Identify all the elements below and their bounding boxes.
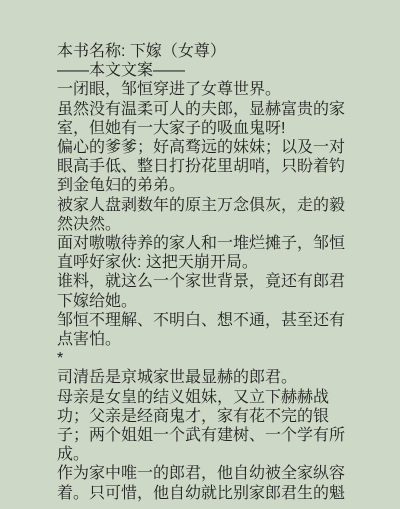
synopsis-paragraph: 被家人盘剥数年的原主万念俱灰，走的毅然决然。 xyxy=(57,196,348,234)
synopsis-text-block: 本书名称: 下嫁（女尊） ——本文文案—— 一闭眼，邹恒穿进了女尊世界。 虽然没… xyxy=(57,42,348,503)
book-title: 本书名称: 下嫁（女尊） xyxy=(57,42,348,61)
synopsis-paragraph: 邹恒不理解、不明白、想不通，甚至还有点害怕。 xyxy=(57,311,348,349)
synopsis-header: ——本文文案—— xyxy=(57,61,348,80)
synopsis-paragraph: 一闭眼，邹恒穿进了女尊世界。 xyxy=(57,80,348,99)
reading-page[interactable]: 本书名称: 下嫁（女尊） ——本文文案—— 一闭眼，邹恒穿进了女尊世界。 虽然没… xyxy=(0,0,400,509)
synopsis-paragraph: 虽然没有温柔可人的夫郎，显赫富贵的家室，但她有一大家子的吸血鬼呀! xyxy=(57,100,348,138)
section-divider-asterisk: * xyxy=(57,349,348,368)
synopsis-paragraph: 母亲是女皇的结义姐妹，又立下赫赫战功；父亲是经商鬼才，家有花不完的银子；两个姐姐… xyxy=(57,388,348,465)
synopsis-paragraph: 司清岳是京城家世最显赫的郎君。 xyxy=(57,368,348,387)
synopsis-paragraph: 谁料，就这么一个家世背景，竟还有郎君下嫁给她。 xyxy=(57,272,348,310)
synopsis-paragraph: 面对嗷嗷待养的家人和一堆烂摊子，邹恒直呼好家伙: 这把天崩开局。 xyxy=(57,234,348,272)
synopsis-paragraph: 偏心的爹爹；好高骛远的妹妹；以及一对眼高手低、整日打扮花里胡哨，只盼着钓到金龟妇… xyxy=(57,138,348,196)
synopsis-paragraph: 作为家中唯一的郎君，他自幼被全家纵容着。只可惜，他自幼就比别家郎君生的魁 xyxy=(57,464,348,502)
